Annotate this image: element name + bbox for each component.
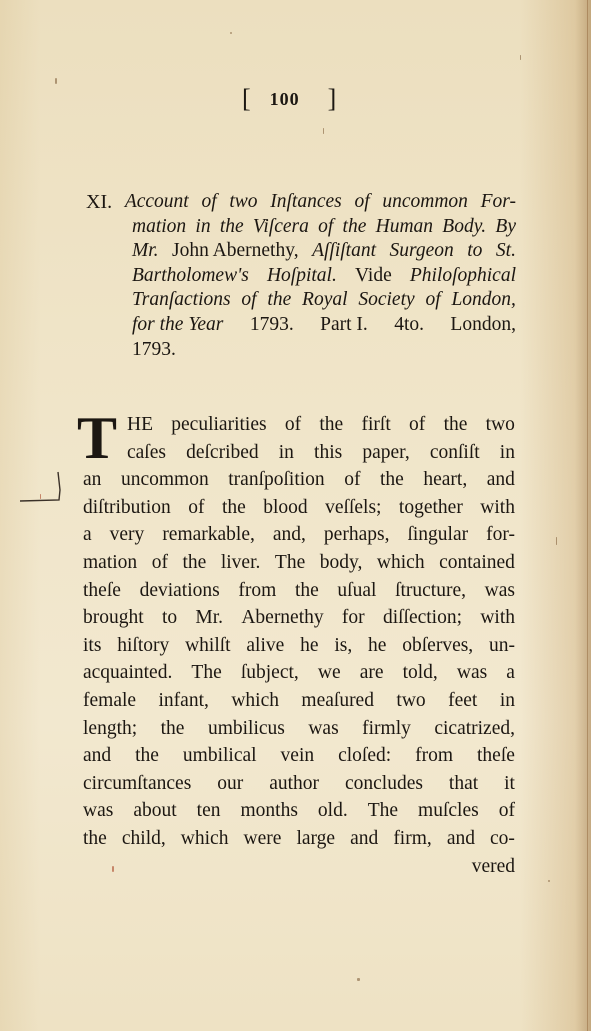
word: of xyxy=(152,549,168,577)
title-line: Mr. John Abernethy, Aſſiſtant Surgeon to… xyxy=(86,239,516,264)
word: together xyxy=(399,494,463,522)
word: uncommon xyxy=(121,466,209,494)
text-line: theſedeviationsfromtheuſualſtructure,was xyxy=(83,577,515,605)
text-line: caſesdeſcribedinthispaper,conſiſtin xyxy=(83,439,515,467)
word: caſes xyxy=(127,439,166,467)
word: about xyxy=(133,797,176,825)
page-edge xyxy=(587,0,588,1031)
word: vein xyxy=(281,742,315,770)
word: tranſpoſition xyxy=(228,466,324,494)
author-name: John Abernethy, xyxy=(172,239,299,264)
text-line: acquainted.Theſubject,wearetold,wasa xyxy=(83,659,515,687)
paper-speck xyxy=(520,55,521,60)
word: large xyxy=(296,825,335,853)
word: co- xyxy=(490,825,515,853)
word: umbilicus xyxy=(208,715,285,743)
word: of xyxy=(344,466,360,494)
word: are xyxy=(360,659,384,687)
word: of xyxy=(285,411,301,439)
text-line: femaleinfant,whichmeaſuredtwofeetin xyxy=(83,687,515,715)
word: the xyxy=(161,715,185,743)
word: we xyxy=(318,659,341,687)
word: muſcles xyxy=(418,797,479,825)
body-text: T HEpeculiaritiesofthefirſtofthetwo caſe… xyxy=(83,411,515,880)
word: HE xyxy=(127,411,153,439)
word: feet xyxy=(448,687,477,715)
word: of xyxy=(409,411,425,439)
word: the xyxy=(182,549,206,577)
title-line: for the Year 1793. Part I. 4to. London, xyxy=(86,313,516,338)
word: it xyxy=(504,770,515,798)
word: he xyxy=(300,632,318,660)
bracket-close: ] xyxy=(328,84,338,114)
word: the xyxy=(380,466,404,494)
text-line: HEpeculiaritiesofthefirſtofthetwo xyxy=(83,411,515,439)
word: paper, xyxy=(362,439,409,467)
word: conſiſt xyxy=(430,439,480,467)
word: Abernethy xyxy=(241,604,323,632)
word: from xyxy=(415,742,453,770)
word: theſe xyxy=(477,742,515,770)
word: the xyxy=(222,494,246,522)
paper-speck xyxy=(230,32,232,34)
word: was xyxy=(83,797,113,825)
page-number: [ 100 ] xyxy=(242,84,352,114)
word: in xyxy=(500,439,515,467)
word: to xyxy=(162,604,177,632)
word: two xyxy=(396,687,425,715)
word: The xyxy=(368,797,398,825)
article-title: XI. Account of two Inſtances of uncommon… xyxy=(86,190,516,362)
word: in xyxy=(500,687,515,715)
word: infant, xyxy=(159,687,209,715)
word: heart, xyxy=(423,466,467,494)
word: alive xyxy=(246,632,284,660)
bracket-open: [ xyxy=(242,84,252,114)
paper-speck xyxy=(55,78,57,84)
word: contained xyxy=(439,549,515,577)
word: circumſtances xyxy=(83,770,191,798)
word: obſerves, xyxy=(402,632,473,660)
word: deviations xyxy=(140,577,220,605)
text-line: length;theumbilicuswasfirmlycicatrized, xyxy=(83,715,515,743)
word: uſual xyxy=(337,577,376,605)
word: firm, xyxy=(393,825,431,853)
word: was xyxy=(308,715,338,743)
word: child, xyxy=(122,825,166,853)
word: the xyxy=(135,742,159,770)
word: the xyxy=(444,411,468,439)
word: which xyxy=(231,687,279,715)
word: female xyxy=(83,687,136,715)
word: blood xyxy=(263,494,307,522)
word: peculiarities xyxy=(171,411,266,439)
title-line: XI. Account of two Inſtances of uncommon… xyxy=(86,190,516,215)
word: with xyxy=(480,494,515,522)
word: the xyxy=(295,577,319,605)
word: a xyxy=(83,521,92,549)
word: that xyxy=(449,770,478,798)
pencil-margin-mark xyxy=(18,470,62,506)
word: author xyxy=(269,770,319,798)
word: whilſt xyxy=(185,632,231,660)
word: meaſured xyxy=(301,687,374,715)
word: of xyxy=(188,494,204,522)
word: for xyxy=(342,604,365,632)
word: with xyxy=(480,604,515,632)
word: un- xyxy=(489,632,515,660)
text-line: anuncommontranſpoſitionoftheheart,and xyxy=(83,466,515,494)
catchword: vered xyxy=(83,853,515,881)
word: and xyxy=(350,825,378,853)
word: the xyxy=(83,825,107,853)
drop-cap: T xyxy=(77,412,117,464)
title-line: Bartholomew's Hoſpital. Vide Philoſophic… xyxy=(86,264,516,289)
text-line: averyremarkable,and,perhaps,ſingularfor- xyxy=(83,521,515,549)
word: remarkable, xyxy=(162,521,255,549)
word: two xyxy=(486,411,515,439)
word: hiſtory xyxy=(117,632,169,660)
word: its xyxy=(83,632,101,660)
word: ſubject, xyxy=(241,659,299,687)
word: brought xyxy=(83,604,144,632)
word: from xyxy=(238,577,276,605)
text-line: andtheumbilicalveincloſed:fromtheſe xyxy=(83,742,515,770)
word: which xyxy=(377,549,425,577)
word: and xyxy=(83,742,111,770)
word: theſe xyxy=(83,577,121,605)
word: firſt xyxy=(362,411,391,439)
paper-speck xyxy=(556,537,557,545)
word: body, xyxy=(320,549,363,577)
word: The xyxy=(191,659,221,687)
paper-speck xyxy=(323,128,324,134)
word: and xyxy=(487,466,515,494)
book-page: [ 100 ] XI. Account of two Inſtances of … xyxy=(0,0,591,1031)
word: ten xyxy=(197,797,221,825)
word: was xyxy=(457,659,487,687)
word: told, xyxy=(403,659,438,687)
word: mation xyxy=(83,549,137,577)
title-line: Tranſactions of the Royal Society of Lon… xyxy=(86,288,516,313)
word: was xyxy=(485,577,515,605)
word: of xyxy=(499,797,515,825)
text-line: broughttoMr.Abernethyfordiſſection;with xyxy=(83,604,515,632)
word: veſſels; xyxy=(325,494,381,522)
word: deſcribed xyxy=(186,439,259,467)
text-line: itshiſtorywhilſtaliveheis,heobſerves,un- xyxy=(83,632,515,660)
word: ſingular xyxy=(407,521,468,549)
word: old. xyxy=(318,797,348,825)
paper-speck xyxy=(357,978,360,981)
word: for- xyxy=(486,521,515,549)
paper-speck xyxy=(548,880,550,882)
word: which xyxy=(181,825,229,853)
opening-lines: T HEpeculiaritiesofthefirſtofthetwo caſe… xyxy=(83,411,515,466)
word: firmly xyxy=(362,715,411,743)
title-line: mation in the Viſcera of the Human Body.… xyxy=(86,215,516,240)
word: our xyxy=(217,770,243,798)
word: cicatrized, xyxy=(434,715,515,743)
text-line: wasabouttenmonthsold.Themuſclesof xyxy=(83,797,515,825)
word: the xyxy=(319,411,343,439)
word: concludes xyxy=(345,770,423,798)
word: this xyxy=(314,439,342,467)
word: length; xyxy=(83,715,137,743)
page-number-value: 100 xyxy=(270,89,300,110)
word: and xyxy=(447,825,475,853)
word: perhaps, xyxy=(324,521,390,549)
section-number: XI. xyxy=(86,190,112,215)
word: in xyxy=(279,439,294,467)
word: umbilical xyxy=(183,742,257,770)
text-line: thechild,whichwerelargeandfirm,andco- xyxy=(83,825,515,853)
text-line: diſtributionofthebloodveſſels;togetherwi… xyxy=(83,494,515,522)
word: ſtructure, xyxy=(395,577,466,605)
word: very xyxy=(110,521,145,549)
word: were xyxy=(244,825,282,853)
word: cloſed: xyxy=(338,742,391,770)
word: acquainted. xyxy=(83,659,172,687)
word: liver. xyxy=(221,549,261,577)
word: Mr. xyxy=(195,604,223,632)
title-line: 1793. xyxy=(86,338,516,363)
text-line: circumſtancesourauthorconcludesthatit xyxy=(83,770,515,798)
word: The xyxy=(275,549,305,577)
word: months xyxy=(240,797,297,825)
word: he xyxy=(368,632,386,660)
word: a xyxy=(506,659,515,687)
word: is, xyxy=(334,632,352,660)
word: and, xyxy=(273,521,306,549)
word: diſſection; xyxy=(383,604,462,632)
text-line: mationoftheliver.Thebody,whichcontained xyxy=(83,549,515,577)
word: diſtribution xyxy=(83,494,171,522)
